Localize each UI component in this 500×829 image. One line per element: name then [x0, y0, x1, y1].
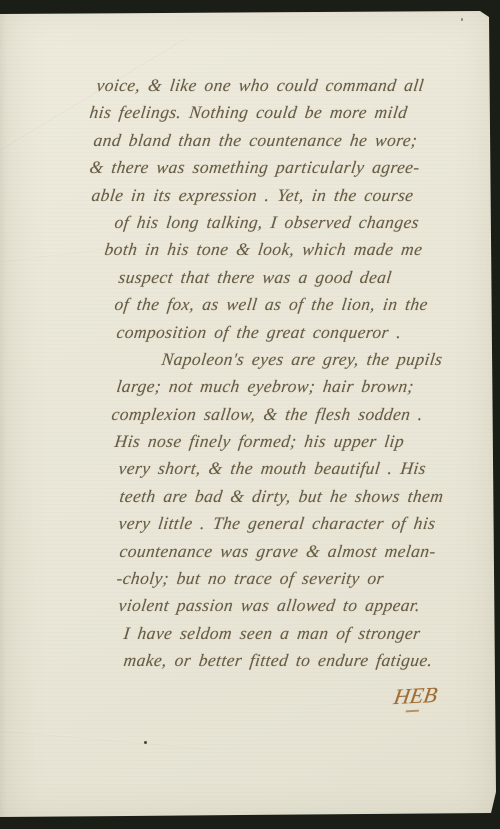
manuscript-line: large; not much eyebrow; hair brown; [115, 373, 491, 400]
manuscript-line: of his long talking, I observed changes [113, 209, 491, 236]
signature: HEB [391, 682, 439, 713]
manuscript-line: very little . The general character of h… [117, 510, 491, 537]
manuscript-line: His nose finely formed; his upper lip [113, 428, 491, 455]
manuscript-line: violent passion was allowed to appear. [117, 592, 491, 619]
manuscript-line: & there was something particularly agree… [88, 154, 491, 181]
manuscript-line: composition of the great conqueror . [115, 319, 491, 346]
ink-speck [144, 741, 147, 744]
manuscript-line: very short, & the mouth beautiful . His [117, 455, 491, 482]
manuscript-line: his feelings. Nothing could be more mild [88, 99, 491, 126]
manuscript-line: voice, & like one who could command all [95, 72, 491, 99]
manuscript-line: suspect that there was a good deal [117, 264, 491, 291]
manuscript-text: voice, & like one who could command allh… [88, 72, 488, 675]
manuscript-line: and bland than the countenance he wore; [92, 127, 491, 154]
manuscript-line: make, or better fitted to endure fatigue… [122, 647, 491, 674]
scanned-document: { "page": { "background_color": "#1b1e17… [0, 0, 500, 829]
manuscript-line: teeth are bad & dirty, but he shows them [118, 483, 491, 510]
manuscript-line: of the fox, as well as of the lion, in t… [113, 291, 491, 318]
manuscript-line: Napoleon's eyes are grey, the pupils [160, 346, 491, 373]
paper-crease [0, 728, 214, 750]
manuscript-line: able in its expression . Yet, in the cou… [90, 182, 491, 209]
manuscript-line: I have seldom seen a man of stronger [122, 620, 491, 647]
signature-initials: HEB [392, 682, 439, 709]
ink-speck [461, 18, 463, 21]
signature-underline [406, 710, 419, 713]
manuscript-line: complexion sallow, & the flesh sodden . [110, 401, 491, 428]
manuscript-page: voice, & like one who could command allh… [0, 0, 500, 829]
manuscript-line: countenance was grave & almost melan- [118, 538, 491, 565]
manuscript-line: both in his tone & look, which made me [103, 236, 491, 263]
manuscript-line: -choly; but no trace of severity or [115, 565, 491, 592]
paper-crease [300, 695, 480, 706]
